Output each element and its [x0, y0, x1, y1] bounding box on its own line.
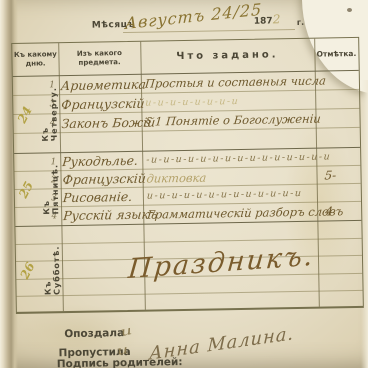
- mark-entry: [316, 118, 360, 119]
- subject-entry: [62, 251, 144, 252]
- day-label: Къ Пятницѣ.: [41, 164, 60, 215]
- late-handwritten-mark: и: [119, 323, 133, 339]
- mark-entry: [318, 264, 362, 265]
- header-mark-column: Отмѣтка.: [314, 49, 358, 59]
- late-label: Опоздала: [64, 327, 124, 340]
- subject-entry: [60, 141, 142, 142]
- mark-entry: [319, 300, 363, 301]
- mark-entry: [318, 247, 362, 248]
- task-entry: § 1 Понятіе о Богослуженіи: [141, 112, 316, 129]
- row-number: [16, 234, 62, 235]
- task-entry: [144, 230, 318, 233]
- year-suffix: г.: [297, 18, 304, 27]
- mark-entry: [318, 229, 362, 230]
- mark-entry: [316, 137, 360, 138]
- row-number: [17, 305, 63, 306]
- year-printed: 187: [254, 16, 273, 26]
- mark-entry: [315, 99, 359, 100]
- subject-entry: [63, 303, 145, 304]
- subject-entry: Законъ Божій: [59, 114, 142, 130]
- subject-entry: Французскій: [60, 171, 143, 187]
- subject-entry: Русскій языкъ: [61, 207, 144, 223]
- task-entry: -и-и-и-и-и-и-и-и-и-и-и-и-и-и-и: [142, 152, 317, 166]
- mark-entry: [318, 282, 362, 283]
- task-entry: Простыя и составныя числа: [140, 74, 315, 91]
- task-entry: Грамматическій разборъ словъ: [143, 204, 318, 221]
- day-label: Къ Субботѣ.: [43, 246, 62, 296]
- task-entry: [145, 300, 319, 303]
- mark-entry: 5-: [316, 167, 361, 182]
- year-digit-handwritten: 2: [273, 12, 281, 26]
- day-block-thursday: 24 Къ Четвергу. 1 Ариѳметика Простыя и с…: [13, 71, 360, 154]
- row-number: [14, 142, 60, 143]
- diary-page-scan: Мѣсяцъ Августъ 24/25 187 2 г. Къ какому …: [0, 0, 368, 368]
- handwritten-date: Августъ 24/25: [125, 0, 263, 33]
- page-content: Мѣсяцъ Августъ 24/25 187 2 г. Къ какому …: [0, 0, 368, 368]
- subject-entry: Ариѳметика: [58, 76, 141, 92]
- task-entry: и-и-и-и-и-и-и-и-и-и-и-и-и: [142, 188, 317, 202]
- task-entry: диктовка: [142, 168, 317, 185]
- task-entry: и-и-и-и-и-и-и-и: [141, 94, 316, 108]
- header-day-column: Къ какому дню.: [12, 50, 58, 68]
- day-block-saturday: 26 Къ Субботѣ. Праздникъ.: [15, 221, 362, 315]
- header-task-column: Что задано.: [140, 48, 314, 64]
- subject-entry: [62, 286, 144, 287]
- subject-entry: [62, 233, 144, 234]
- assignments-table: Къ какому дню. Изъ какого предмета. Что …: [11, 37, 364, 314]
- task-entry: [144, 283, 318, 286]
- task-entry: [142, 138, 316, 141]
- subject-entry: Французскій: [59, 95, 142, 111]
- subject-entry: Рисованіе.: [60, 189, 143, 205]
- parents-signature: Анна Малина.: [149, 323, 295, 365]
- subject-entry: Рукодѣлье.: [60, 153, 143, 169]
- mark-entry: [317, 192, 361, 193]
- day-block-friday: 25 Къ Пятницѣ. 1 Рукодѣлье. -и-и-и-и-и-и…: [14, 148, 361, 227]
- header-subject-column: Изъ какого предмета.: [58, 49, 140, 68]
- missed-handwritten-mark: и: [115, 342, 129, 358]
- day-label: Къ Четвергу.: [40, 87, 59, 141]
